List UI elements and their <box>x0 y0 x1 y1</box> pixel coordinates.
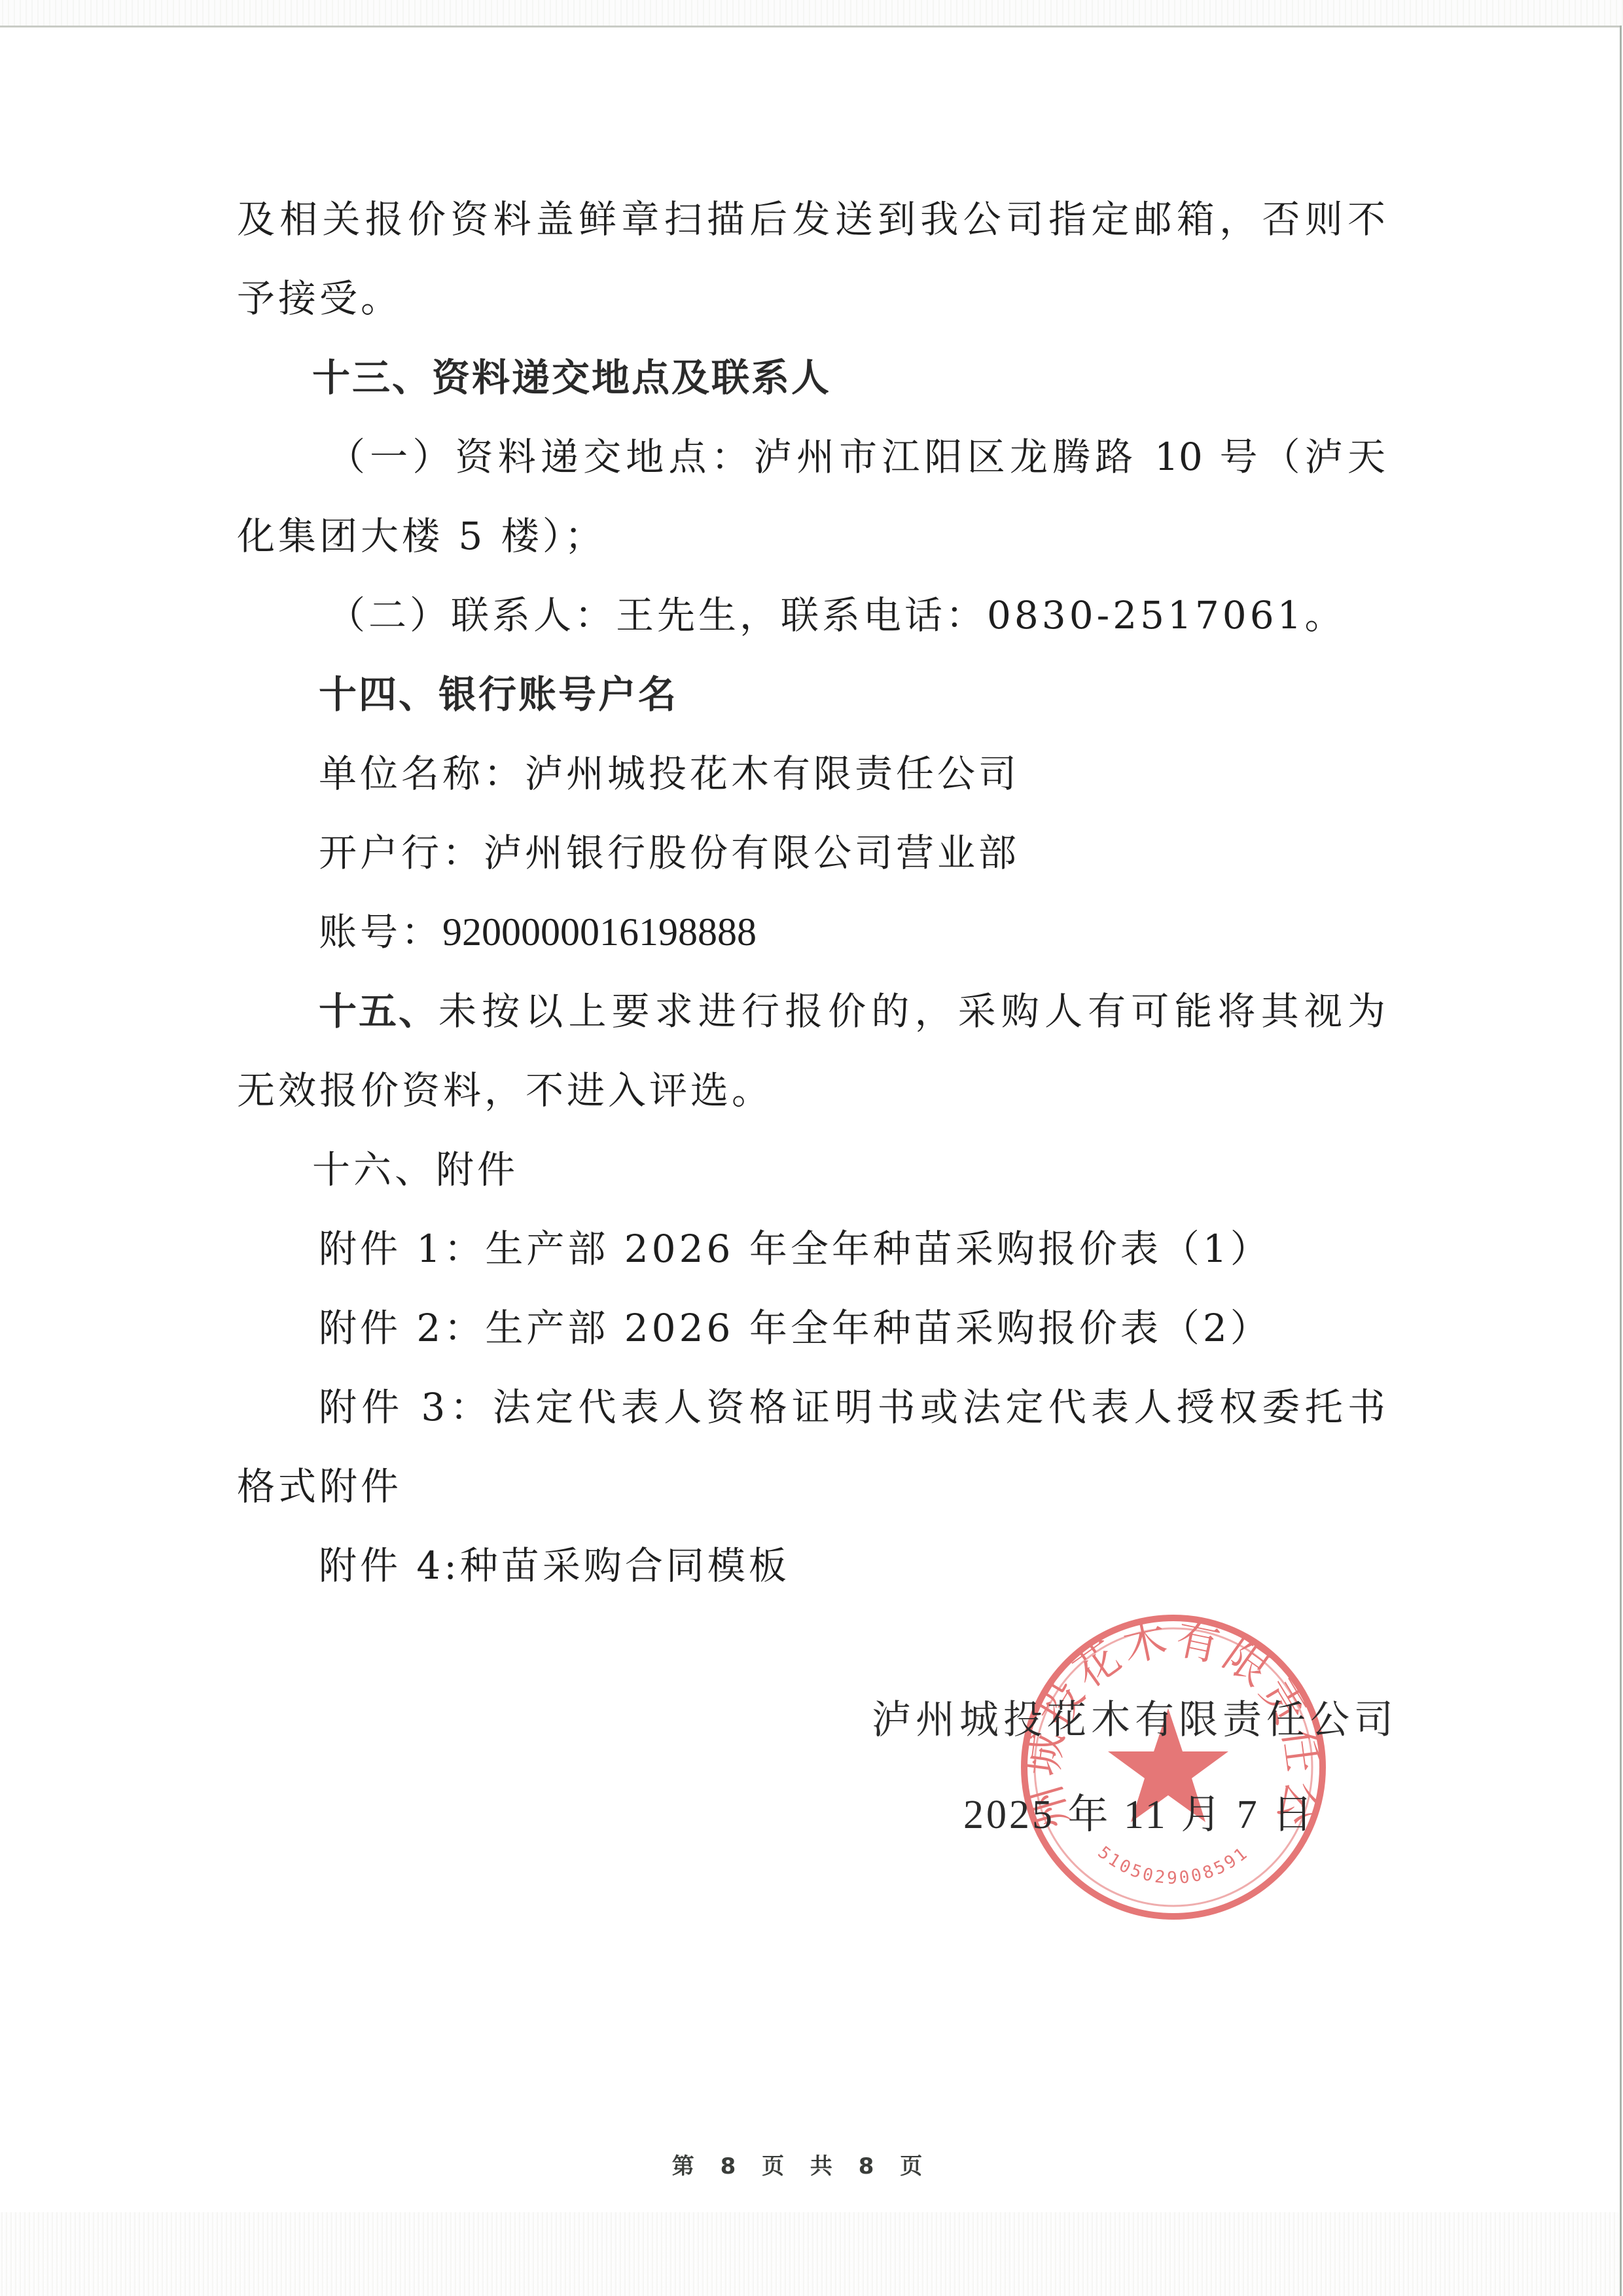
attachment-4: 附件 4:种苗采购合同模板 <box>319 1543 790 1588</box>
section-15-heading: 十五、 <box>319 988 438 1034</box>
signature-date: 2025 年 11 月 7 日 <box>963 1792 1315 1838</box>
body-line-1: 及相关报价资料盖鲜章扫描后发送到我公司指定邮箱，否则不 <box>237 196 1385 242</box>
document-page: 及相关报价资料盖鲜章扫描后发送到我公司指定邮箱，否则不 予接受。 十三、资料递交… <box>0 0 1623 2296</box>
attachment-2: 附件 2：生产部 2026 年全年种苗采购报价表（2） <box>319 1305 1272 1351</box>
attachment-3: 附件 3：法定代表人资格证明书或法定代表人授权委托书 <box>319 1384 1385 1430</box>
delivery-address-cont: 化集团大楼 5 楼）； <box>237 513 606 559</box>
section-15-text-cont: 无效报价资料，不进入评选。 <box>237 1067 773 1113</box>
delivery-address: （一）资料递交地点：泸州市江阳区龙腾路 10 号（泸天 <box>327 434 1385 480</box>
account-number-label: 账号： <box>319 910 442 954</box>
svg-text:5105029008591: 5105029008591 <box>1094 1842 1253 1888</box>
account-number: 账号：9200000016198888 <box>319 909 757 955</box>
attachment-1: 附件 1：生产部 2026 年全年种苗采购报价表（1） <box>319 1226 1272 1272</box>
account-name: 单位名称：泸州城投花木有限责任公司 <box>319 751 1020 797</box>
account-number-value: 9200000016198888 <box>442 910 757 954</box>
body-line-2: 予接受。 <box>237 276 402 321</box>
section-13-heading: 十三、资料递交地点及联系人 <box>312 355 831 401</box>
section-14-heading: 十四、银行账号户名 <box>319 672 678 717</box>
contact-person: （二）联系人：王先生，联系电话：0830-2517061。 <box>327 592 1346 638</box>
bank-name: 开户行：泸州银行股份有限公司营业部 <box>319 830 1020 876</box>
section-16-heading: 十六、附件 <box>312 1147 518 1193</box>
page-number: 第 8 页 共 8 页 <box>0 2148 1603 2180</box>
section-15-text: 未按以上要求进行报价的，采购人有可能将其视为 <box>438 988 1385 1034</box>
company-seal-icon: 泸州城投花木有限责任公司 5105029008591 <box>1018 1611 1329 1923</box>
section-15: 十五、 未按以上要求进行报价的，采购人有可能将其视为 <box>319 988 1385 1034</box>
attachment-3-cont: 格式附件 <box>237 1463 402 1509</box>
signature-company: 泸州城投花木有限责任公司 <box>872 1697 1398 1743</box>
